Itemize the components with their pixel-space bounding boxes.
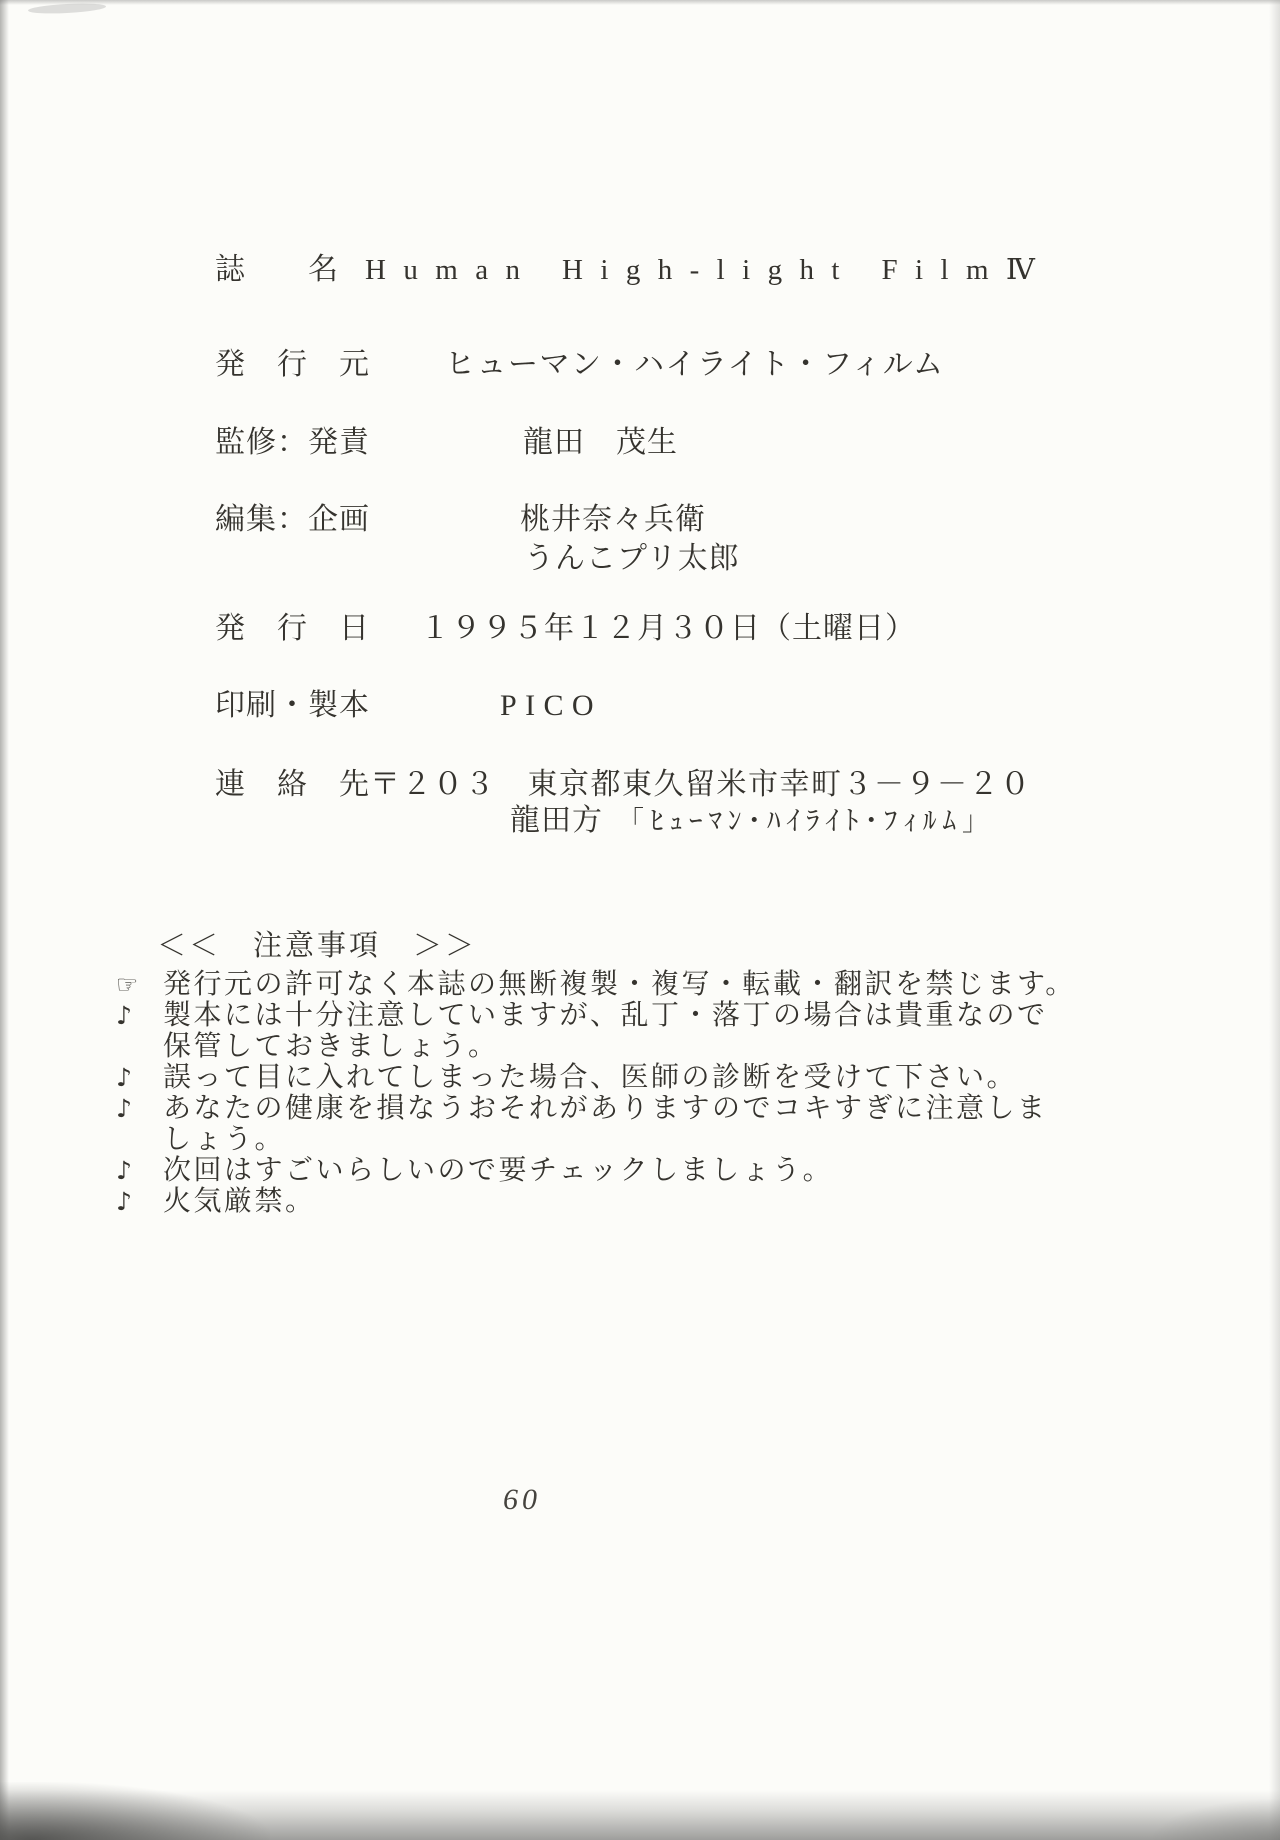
eighth-note-icon: ♪ (116, 1093, 163, 1124)
scan-edge-right (1269, 0, 1280, 1840)
colophon-label-issue-date: 発 行 日 (215, 611, 370, 647)
notice-item: ♪ 火気厳禁。 (116, 1186, 1076, 1217)
colophon-value-editor-2: うんこプリ太郎 (524, 541, 740, 577)
eighth-note-icon: ♪ (116, 1186, 163, 1217)
notice-item: ♪ あなたの健康を損なうおそれがありますのでコキすぎに注意しま しょう。 (116, 1093, 1076, 1155)
notice-item: ♪ 製本には十分注意していますが、乱丁・落丁の場合は貴重なので 保管しておきまし… (116, 1000, 1076, 1062)
colophon-label-title: 誌 名 (215, 252, 339, 288)
eighth-note-icon: ♪ (116, 1155, 163, 1186)
colophon-label-contact: 連 絡 先 (215, 767, 370, 803)
notice-item-line: 製本には十分注意していますが、乱丁・落丁の場合は貴重なので (163, 1000, 1048, 1031)
eighth-note-icon: ♪ (116, 1000, 163, 1031)
colophon-value-publisher: ヒューマン・ハイライト・フィルム (445, 347, 945, 383)
scanned-page: 誌 名 Human High-light FilmⅣ 発 行 元 ヒューマン・ハ… (0, 0, 1280, 1840)
eighth-note-icon: ♪ (116, 1062, 163, 1093)
scan-corner-bottom-left (0, 1782, 270, 1840)
colophon-label-publisher: 発 行 元 (215, 347, 370, 383)
notice-heading: ＜＜ 注意事項 ＞＞ (157, 923, 477, 964)
notice-item-line: 発行元の許可なく本誌の無断複製・複写・転載・翻訳を禁じます。 (163, 969, 1076, 1000)
colophon-value-editor-1: 桃井奈々兵衛 (520, 502, 706, 538)
notice-item-line: 火気厳禁。 (163, 1186, 316, 1217)
notice-item-line: 保管しておきましょう。 (163, 1031, 1048, 1062)
colophon-value-contact-careof: 龍田方「ﾋｭｰﾏﾝ･ﾊｲﾗｲﾄ･ﾌｨﾙﾑ」 (510, 803, 995, 839)
colophon-value-contact-address: 〒２０３ 東京都東久留米市幸町３－９－２０ (370, 767, 1032, 803)
notice-item-line: 次回はすごいらしいので要チェックしましょう。 (163, 1155, 833, 1186)
notice-item: ♪ 次回はすごいらしいので要チェックしましょう。 (116, 1155, 1076, 1186)
notice-item-line: あなたの健康を損なうおそれがありますのでコキすぎに注意しま (163, 1093, 1048, 1124)
scan-edge-top (0, 0, 1280, 5)
colophon-value-issue-date: １９９５年１２月３０日（土曜日） (420, 611, 916, 647)
colophon-value-printer: PICO (500, 688, 602, 724)
scan-edge-left (0, 0, 9, 1840)
colophon-value-supervisor: 龍田 茂生 (523, 425, 678, 461)
notice-item: ☞ 発行元の許可なく本誌の無断複製・複写・転載・翻訳を禁じます。 (116, 969, 1076, 1000)
contact-brand-bracket: 「ﾋｭｰﾏﾝ･ﾊｲﾗｲﾄ･ﾌｨﾙﾑ」 (617, 806, 995, 836)
page-number: 60 (503, 1483, 541, 1517)
notice-section: ☞ 発行元の許可なく本誌の無断複製・複写・転載・翻訳を禁じます。 ♪ 製本には十… (116, 969, 1076, 1217)
colophon-label-printer: 印刷・製本 (215, 688, 370, 724)
notice-item: ♪ 誤って目に入れてしまった場合、医師の診断を受けて下さい。 (116, 1062, 1076, 1093)
colophon-label-editor: 編集：企画 (215, 502, 370, 538)
colophon-value-title: Human High-light FilmⅣ (365, 252, 1052, 288)
notice-item-line: しょう。 (163, 1124, 1048, 1155)
pointing-hand-icon: ☞ (116, 969, 163, 1000)
notice-item-line: 誤って目に入れてしまった場合、医師の診断を受けて下さい。 (163, 1062, 1017, 1093)
contact-careof-name: 龍田方 (510, 804, 603, 837)
scan-corner-bottom-right (1150, 1798, 1280, 1840)
colophon-label-supervisor: 監修：発責 (215, 425, 370, 461)
